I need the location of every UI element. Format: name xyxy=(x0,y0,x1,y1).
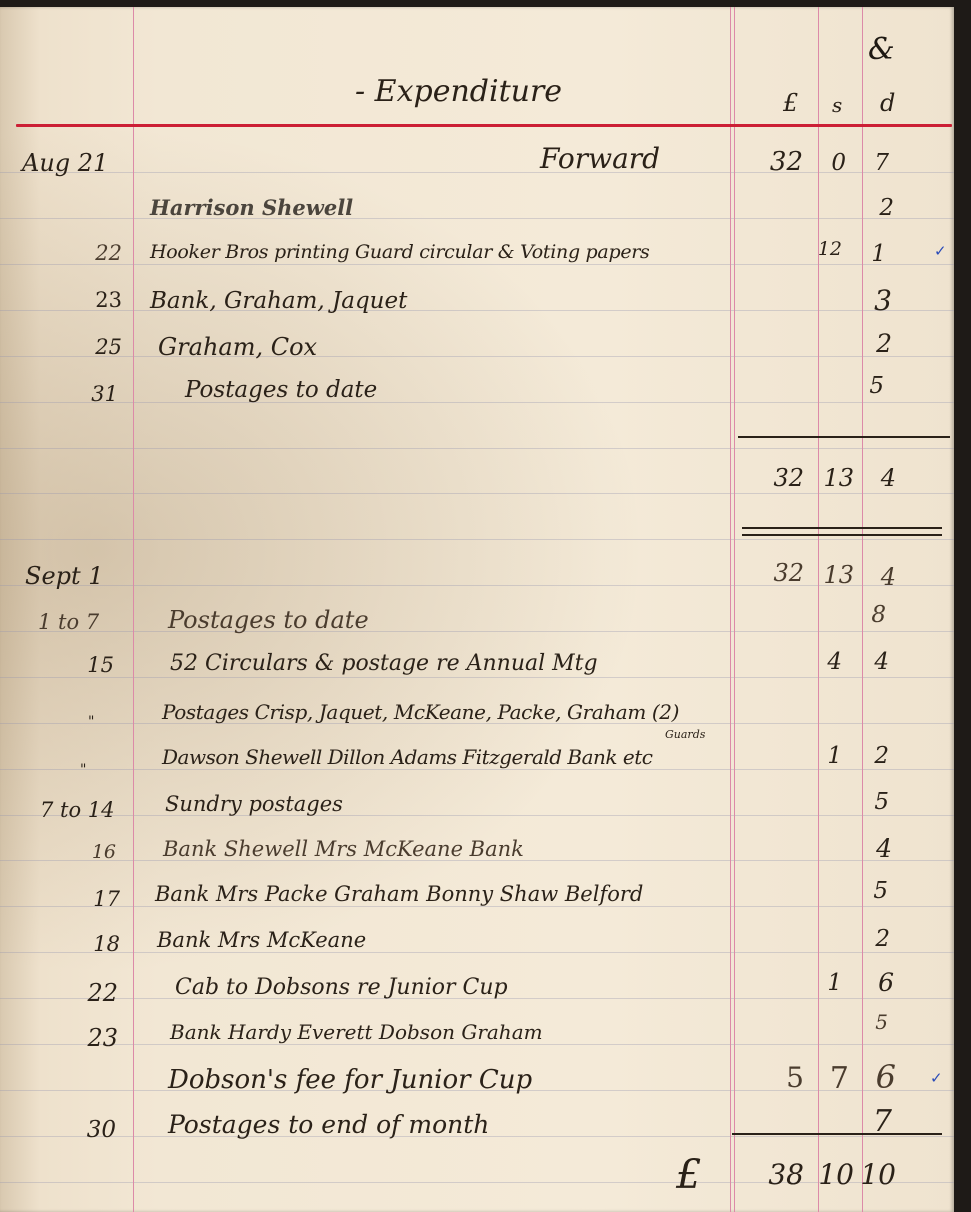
shillings-amount: 4 xyxy=(827,651,842,674)
pence-amount: 5 xyxy=(873,880,888,903)
entry-date: 1 to 7 xyxy=(38,612,99,633)
pounds-grand-total: 38 xyxy=(768,1161,804,1189)
pence-amount: 5 xyxy=(874,791,889,814)
double-rule-top xyxy=(742,527,942,529)
shillings-amount: 12 xyxy=(818,240,842,259)
shillings-amount: 13 xyxy=(823,563,854,587)
pence-amount: 2 xyxy=(875,928,890,951)
corner-mark: & xyxy=(868,35,895,65)
entry-desc: Postages to date xyxy=(185,379,377,402)
ruled-line xyxy=(0,631,954,632)
entry-desc: Graham, Cox xyxy=(158,335,317,359)
shillings-header: s xyxy=(832,95,842,115)
pence-amount: 8 xyxy=(871,604,886,627)
entry-date: Aug 21 xyxy=(22,151,108,175)
ruled-line xyxy=(0,448,954,449)
pence-amount: 2 xyxy=(876,331,892,356)
pounds-column-line-double xyxy=(734,7,735,1212)
pence-column-line xyxy=(862,7,863,1212)
blue-check-icon: ✓ xyxy=(930,1069,943,1087)
entry-desc: Cab to Dobsons re Junior Cup xyxy=(175,977,508,999)
entry-date: 22 xyxy=(95,243,122,264)
ruled-line xyxy=(0,539,954,540)
pence-amount: 4 xyxy=(876,836,892,861)
ditto-mark: " xyxy=(88,715,94,729)
entry-date: 30 xyxy=(87,1119,116,1142)
entry-date: 25 xyxy=(95,337,122,358)
shillings-amount: 0 xyxy=(831,152,846,175)
ruled-line xyxy=(0,402,954,403)
pence-amount: 6 xyxy=(878,970,894,995)
ruled-line xyxy=(0,815,954,816)
entry-date: 23 xyxy=(87,1026,118,1050)
ruled-line xyxy=(0,677,954,678)
pence-grand-total: 10 xyxy=(860,1161,896,1189)
entry-date: 22 xyxy=(87,981,118,1005)
ruled-line xyxy=(0,356,954,357)
pence-header: d xyxy=(880,91,895,115)
entry-desc: Postages Crisp, Jaquet, McKeane, Packe, … xyxy=(162,702,679,722)
ruled-line xyxy=(0,1182,954,1183)
ruled-line xyxy=(0,310,954,311)
entry-date: 18 xyxy=(93,934,120,955)
shillings-column-line xyxy=(818,7,819,1212)
ruled-line xyxy=(0,218,954,219)
entry-date: 16 xyxy=(92,843,116,862)
ruled-line xyxy=(0,906,954,907)
pence-amount: 5 xyxy=(875,1012,888,1032)
ruled-line xyxy=(0,264,954,265)
entry-date: Sept 1 xyxy=(25,564,104,588)
ruled-line xyxy=(0,769,954,770)
shillings-amount: 7 xyxy=(830,1064,849,1094)
pence-amount: 1 xyxy=(871,243,886,266)
entry-desc: Bank, Graham, Jaquet xyxy=(150,290,407,313)
entry-desc: Bank Mrs Packe Graham Bonny Shaw Belford xyxy=(155,884,643,905)
entry-desc: Sundry postages xyxy=(165,794,343,815)
date-margin-line xyxy=(133,7,134,1212)
entry-desc: Dawson Shewell Dillon Adams Fitzgerald B… xyxy=(162,747,652,767)
shillings-amount: 1 xyxy=(827,972,842,995)
blue-check-icon: ✓ xyxy=(934,242,947,260)
entry-desc: Dobson's fee for Junior Cup xyxy=(168,1067,532,1093)
pence-amount: 4 xyxy=(874,651,889,674)
ruled-line xyxy=(0,493,954,494)
entry-date: 31 xyxy=(91,384,118,405)
pence-total: 4 xyxy=(881,466,896,490)
pounds-amount: 32 xyxy=(770,149,803,175)
header-red-rule xyxy=(16,124,952,127)
ditto-mark: " xyxy=(80,763,86,777)
pence-amount: 2 xyxy=(879,197,894,220)
pence-amount: 4 xyxy=(881,565,896,589)
pounds-total: 32 xyxy=(773,466,804,490)
entry-desc: Hooker Bros printing Guard circular & Vo… xyxy=(150,243,650,262)
entry-desc: Postages to end of month xyxy=(168,1112,489,1137)
entry-desc: Bank Mrs McKeane xyxy=(157,930,366,951)
entry-date: 15 xyxy=(87,655,114,676)
ruled-line xyxy=(0,172,954,173)
ruled-line xyxy=(0,952,954,953)
entry-desc: Bank Hardy Everett Dobson Graham xyxy=(170,1022,543,1042)
brought-forward-label: Forward xyxy=(540,145,660,173)
entry-desc: 52 Circulars & postage re Annual Mtg xyxy=(170,653,598,675)
pounds-amount: 5 xyxy=(786,1064,804,1092)
page-title: - Expenditure xyxy=(355,77,562,107)
shillings-grand-total: 10 xyxy=(818,1161,854,1189)
ruled-line xyxy=(0,585,954,586)
entry-desc: Postages to date xyxy=(168,608,369,632)
shillings-total: 13 xyxy=(823,466,854,490)
shillings-amount: 1 xyxy=(827,745,842,768)
entry-date: 17 xyxy=(93,889,120,910)
pence-amount: 7 xyxy=(874,152,889,175)
entry-date: 23 xyxy=(95,290,122,311)
guards-annotation: Guards xyxy=(665,729,705,740)
double-rule-bottom xyxy=(742,534,942,536)
total-rule xyxy=(732,1133,942,1135)
pence-amount: 2 xyxy=(874,745,889,768)
subtotal-rule xyxy=(738,436,950,438)
pence-amount: 6 xyxy=(876,1061,896,1093)
ruled-line xyxy=(0,1044,954,1045)
entry-date: 7 to 14 xyxy=(40,800,115,821)
pence-amount: 5 xyxy=(869,375,884,398)
pound-sign: £ xyxy=(676,1155,701,1195)
entry-desc: Harrison Shewell xyxy=(150,197,353,218)
ledger-page: & - Expenditure £ s d Aug 21 Forward 32 … xyxy=(0,7,954,1212)
pounds-header: £ xyxy=(783,91,798,115)
pounds-amount: 32 xyxy=(773,561,804,585)
entry-desc: Bank Shewell Mrs McKeane Bank xyxy=(163,839,524,860)
pence-amount: 3 xyxy=(874,287,892,315)
pounds-column-line xyxy=(730,7,731,1212)
